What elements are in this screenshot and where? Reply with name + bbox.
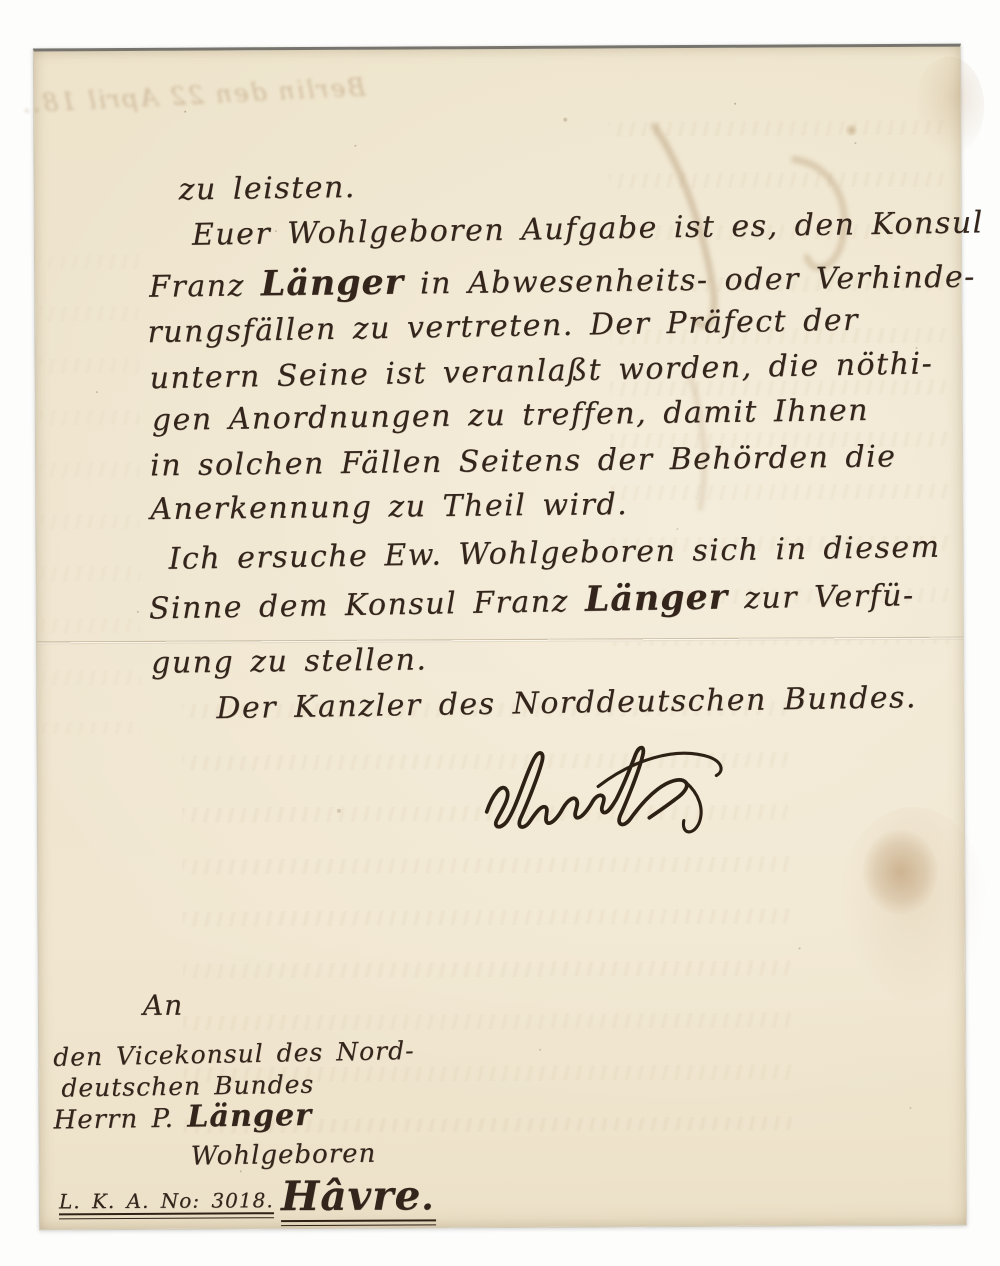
emphasized-name: Hâvre xyxy=(281,1171,422,1220)
address-line-3: Herrn P. Länger xyxy=(53,1098,312,1137)
emphasized-name: Länger xyxy=(585,576,729,619)
address-salutation: An xyxy=(143,989,183,1022)
text-segment: . xyxy=(421,1177,435,1218)
emphasized-name: Länger xyxy=(261,262,405,305)
text-segment: zur Verfü- xyxy=(728,578,915,616)
stain xyxy=(862,829,938,915)
text-segment: Franz xyxy=(149,268,261,304)
handwriting-line-8: Anerkennung zu Theil wird. xyxy=(150,487,628,527)
letter-paper: Berlin den 22 April 18.. zu leisten. Eue… xyxy=(33,44,967,1231)
text-segment: An xyxy=(143,989,183,1022)
corner-stain xyxy=(914,56,985,156)
small-stain-dot xyxy=(844,123,858,137)
handwriting-line-1: zu leisten. xyxy=(178,170,356,207)
address-line-4: Wohlgeboren xyxy=(190,1139,376,1172)
text-segment: zu leisten. xyxy=(178,170,356,207)
text-segment: L. K. A. No: 3018. xyxy=(59,1188,274,1213)
text-segment: Der Kanzler des Norddeutschen Bundes. xyxy=(216,680,917,726)
signature xyxy=(476,737,740,851)
bleedthrough-dateline: Berlin den 22 April 18.. xyxy=(35,73,367,133)
text-segment: Herrn P. xyxy=(53,1104,187,1136)
text-segment: Anerkennung zu Theil wird. xyxy=(150,487,628,527)
text-segment: Wohlgeboren xyxy=(190,1139,376,1172)
scan-background: Berlin den 22 April 18.. zu leisten. Eue… xyxy=(0,0,1000,1266)
text-segment: in Abwesenheits- oder Verhinde- xyxy=(404,260,976,302)
text-segment: gung zu stellen. xyxy=(151,642,428,680)
emphasized-name: Länger xyxy=(187,1098,312,1135)
reference-number: L. K. A. No: 3018. xyxy=(59,1188,274,1219)
dust-specks xyxy=(34,51,36,53)
text-segment: Sinne dem Konsul Franz xyxy=(149,584,586,627)
closing-line: Der Kanzler des Norddeutschen Bundes. xyxy=(216,680,917,726)
handwriting-line-11: gung zu stellen. xyxy=(151,642,428,680)
bleedthrough-writing-left xyxy=(39,254,142,735)
destination-place: Hâvre. xyxy=(281,1171,436,1226)
